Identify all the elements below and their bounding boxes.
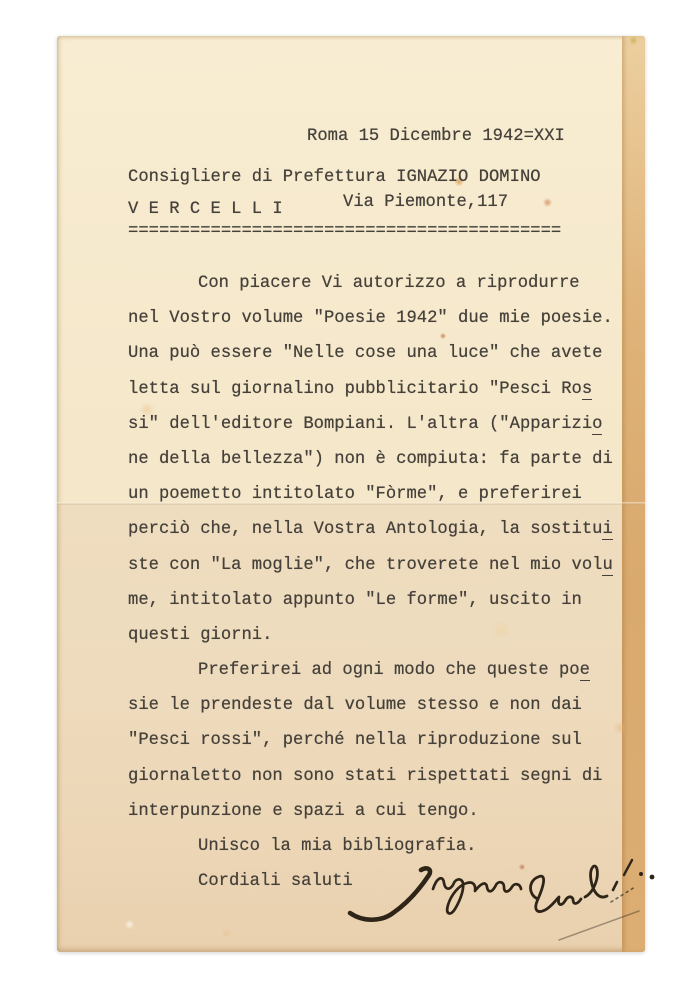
letter-line: me, intitolato appunto "Le forme", uscit… — [128, 583, 633, 618]
address-line: Via Piemonte,117 — [343, 192, 565, 214]
hyphenation-underline: i — [602, 520, 612, 540]
letter-line: interpunzione e spazi a cui tengo. — [128, 794, 633, 829]
letter-line: giornaletto non sono stati rispettati se… — [128, 759, 633, 794]
scan-background: Roma 15 Dicembre 1942=XXI Via Piemonte,1… — [0, 0, 699, 1001]
letter-line: Con piacere Vi autorizzo a riprodurre — [128, 266, 633, 301]
letter-line: "Pesci rossi", perché nella riproduzione… — [128, 723, 633, 758]
signature-drawing — [345, 856, 657, 954]
letter-page: Roma 15 Dicembre 1942=XXI Via Piemonte,1… — [57, 36, 645, 952]
signature-period — [650, 875, 655, 880]
letter-line: ste con "La moglie", che troverete nel m… — [128, 548, 633, 583]
hyphenation-underline: o — [592, 415, 602, 435]
stain — [221, 929, 232, 938]
hyphenation-underline: e — [580, 661, 590, 681]
hyphenation-underline: s — [582, 380, 592, 400]
letter-line: un poemetto intitolato "Fòrme", e prefer… — [128, 477, 633, 512]
letter-line: sie le prendeste dal volume stesso e non… — [128, 688, 633, 723]
stain — [125, 920, 134, 929]
recipient-title: Consigliere di Prefettura IGNAZIO DOMINO — [128, 168, 541, 188]
letter-line: nel Vostro volume "Poesie 1942" due mie … — [128, 301, 633, 336]
letter-line: questi giorni. — [128, 618, 633, 653]
date-line: Roma 15 Dicembre 1942=XXI — [307, 126, 565, 148]
letter-line: letta sul giornalino pubblicitario "Pesc… — [128, 372, 633, 407]
letter-line: Una può essere "Nelle cose una luce" che… — [128, 336, 633, 371]
letter-line: Preferirei ad ogni modo che queste poe — [128, 653, 633, 688]
recipient-divider: ========================================… — [128, 222, 561, 242]
recipient-city: V E R C E L L I — [128, 200, 283, 220]
hyphenation-underline: u — [602, 556, 612, 576]
letter-body: Con piacere Vi autorizzo a riprodurrenel… — [128, 266, 633, 899]
letter-line: si" dell'editore Bompiani. L'altra ("App… — [128, 407, 633, 442]
letter-line: ne della bellezza") non è compiuta: fa p… — [128, 442, 633, 477]
signature — [345, 856, 657, 954]
letter-line: perciò che, nella Vostra Antologia, la s… — [128, 512, 633, 547]
signature-dot — [639, 872, 643, 876]
